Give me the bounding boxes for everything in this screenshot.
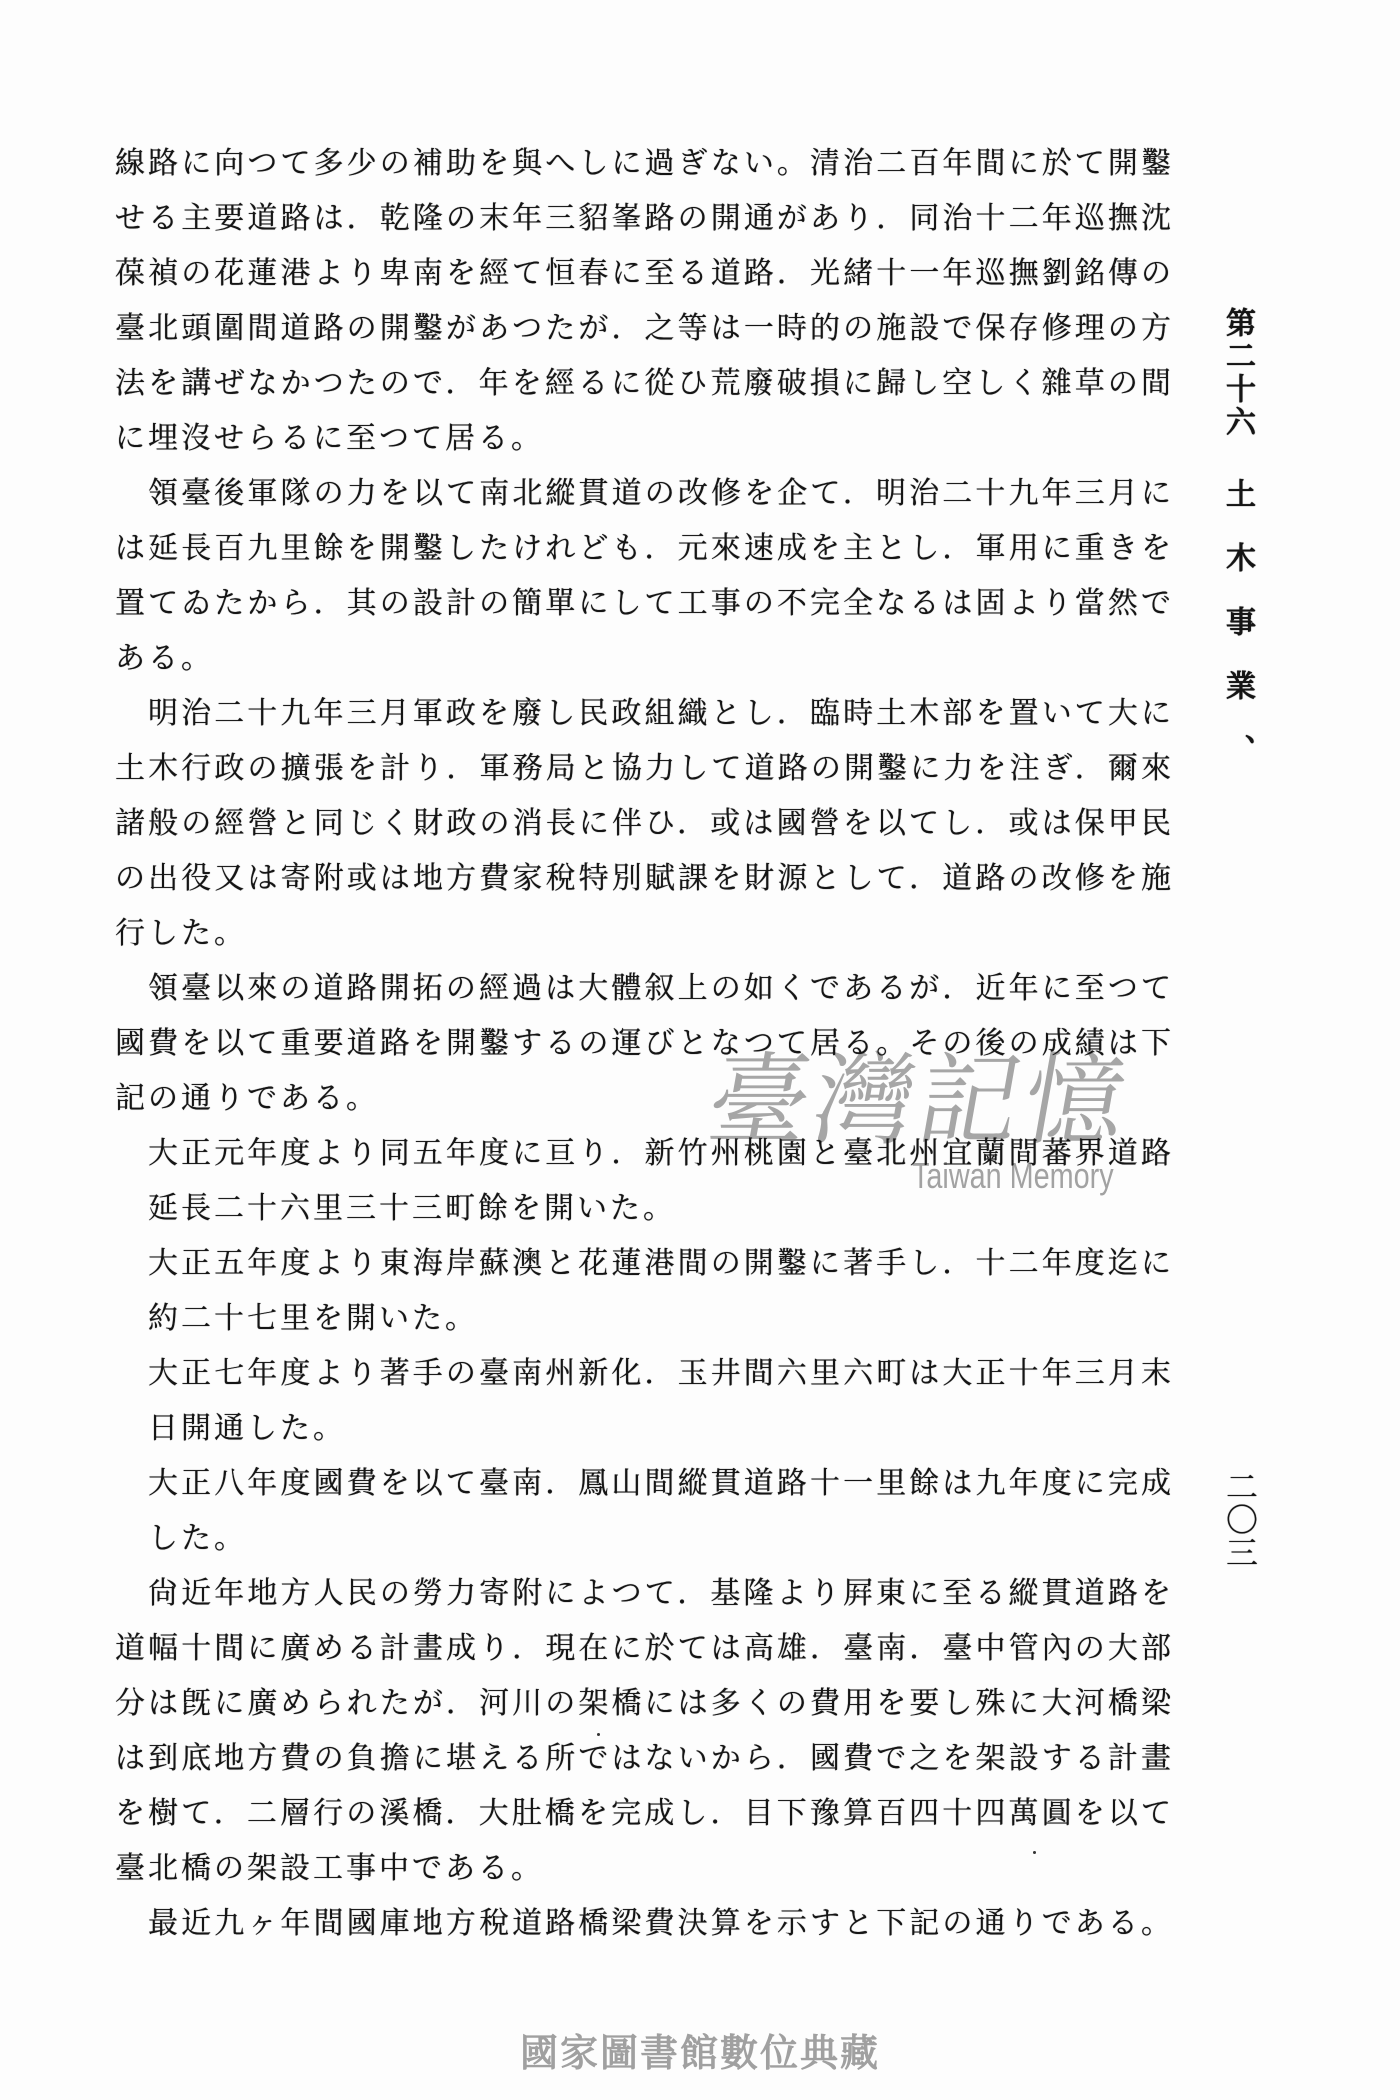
text-line: 大正七年度より著手の臺南州新化．玉井間六里六町は大正十年三月末: [115, 1346, 1171, 1401]
page-number: 二〇三: [1224, 1470, 1256, 1569]
text-line: 置てゐたから．其の設計の簡單にして工事の不完全なるは固より當然で: [115, 576, 1171, 631]
text-line: 大正八年度國費を以て臺南．鳳山間縱貫道路十一里餘は九年度に完成: [115, 1456, 1171, 1511]
text-line: は延長百九里餘を開鑿したけれども．元來速成を主とし．軍用に重きを: [115, 521, 1171, 576]
paragraph: 明治二十九年三月軍政を廢し民政組織とし．臨時土木部を置いて大に 土木行政の擴張を…: [115, 686, 1171, 961]
text-line: 延長二十六里三十三町餘を開いた。: [115, 1181, 1171, 1236]
text-line: 尙近年地方人民の勞力寄附によつて．基隆より屛東に至る縱貫道路を: [115, 1566, 1171, 1621]
list-item: 大正八年度國費を以て臺南．鳳山間縱貫道路十一里餘は九年度に完成 した。: [115, 1456, 1171, 1566]
text-line: ある。: [115, 631, 1171, 686]
text-line: の出役又は寄附或は地方費家稅特別賦課を財源として．道路の改修を施: [115, 851, 1171, 906]
text-line: 土木行政の擴張を計り．軍務局と協力して道路の開鑿に力を注ぎ．爾來: [115, 741, 1171, 796]
text-line: を樹て．二層行の溪橋．大肚橋を完成し．目下豫算百四十四萬圓を以て: [115, 1786, 1171, 1841]
paragraph: 尙近年地方人民の勞力寄附によつて．基隆より屛東に至る縱貫道路を 道幅十間に廣める…: [115, 1566, 1171, 1896]
text-line: は到底地方費の負擔に堪える所ではないから．國費で之を架設する計畫: [115, 1731, 1171, 1786]
list-item: 大正七年度より著手の臺南州新化．玉井間六里六町は大正十年三月末 日開通した。: [115, 1346, 1171, 1456]
running-head-chapter: 第二十六: [1222, 307, 1252, 439]
text-line: 日開通した。: [115, 1401, 1171, 1456]
archive-credit: 國家圖書館數位典藏: [0, 2033, 1400, 2073]
text-line: 最近九ヶ年間國庫地方稅道路橋梁費決算を示すと下記の通りである。: [115, 1896, 1171, 1951]
text-line: 線路に向つて多少の補助を與へしに過ぎない。清治二百年間に於て開鑿: [115, 136, 1171, 191]
text-line: に埋沒せらるに至つて居る。: [115, 411, 1171, 466]
text-line: 行した。: [115, 906, 1171, 961]
text-line: 分は旣に廣められたが．河川の架橋には多くの費用を要し殊に大河橋梁: [115, 1676, 1171, 1731]
list-item: 大正元年度より同五年度に亘り．新竹州桃園と臺北州宜蘭間蕃界道路 延長二十六里三十…: [115, 1126, 1171, 1236]
text-line: した。: [115, 1511, 1171, 1566]
text-line: 記の通りである。: [115, 1071, 1171, 1126]
text-line: 道幅十間に廣める計畫成り．現在に於ては高雄．臺南．臺中管內の大部: [115, 1621, 1171, 1676]
text-line: 國費を以て重要道路を開鑿するの運びとなつて居る。その後の成績は下: [115, 1016, 1171, 1071]
paragraph: 領臺以來の道路開拓の經過は大體叙上の如くであるが．近年に至つて 國費を以て重要道…: [115, 961, 1171, 1126]
text-line: 約二十七里を開いた。: [115, 1291, 1171, 1346]
text-line: 法を講ぜなかつたので．年を經るに從ひ荒廢破損に歸し空しく雜草の間: [115, 356, 1171, 411]
paragraph-continued: 線路に向つて多少の補助を與へしに過ぎない。清治二百年間に於て開鑿 せる主要道路は…: [115, 136, 1171, 466]
list-item: 大正五年度より東海岸蘇澳と花蓮港間の開鑿に著手し．十二年度迄に 約二十七里を開い…: [115, 1236, 1171, 1346]
text-line: せる主要道路は．乾隆の末年三貂峯路の開通があり．同治十二年巡撫沈: [115, 191, 1171, 246]
text-line: 諸般の經營と同じく財政の消長に伴ひ．或は國營を以てし．或は保甲民: [115, 796, 1171, 851]
text-line: 大正五年度より東海岸蘇澳と花蓮港間の開鑿に著手し．十二年度迄に: [115, 1236, 1171, 1291]
text-line: 臺北橋の架設工事中である。: [115, 1841, 1171, 1896]
text-line: 大正元年度より同五年度に亘り．新竹州桃園と臺北州宜蘭間蕃界道路: [115, 1126, 1171, 1181]
paragraph: 領臺後軍隊の力を以て南北縱貫道の改修を企て．明治二十九年三月に は延長百九里餘を…: [115, 466, 1171, 686]
text-line: 領臺後軍隊の力を以て南北縱貫道の改修を企て．明治二十九年三月に: [115, 466, 1171, 521]
text-line: 臺北頭圍間道路の開鑿があつたが．之等は一時的の施設で保存修理の方: [115, 301, 1171, 356]
text-line: 明治二十九年三月軍政を廢し民政組織とし．臨時土木部を置いて大に: [115, 686, 1171, 741]
page-body: 線路に向つて多少の補助を與へしに過ぎない。清治二百年間に於て開鑿 せる主要道路は…: [115, 136, 1171, 1951]
text-line: 葆禎の花蓮港より卑南を經て恒春に至る道路．光緒十一年巡撫劉銘傳の: [115, 246, 1171, 301]
running-head-title: 土木事業、: [1222, 478, 1252, 798]
paragraph: 最近九ヶ年間國庫地方稅道路橋梁費決算を示すと下記の通りである。: [115, 1896, 1171, 1951]
text-line: 領臺以來の道路開拓の經過は大體叙上の如くであるが．近年に至つて: [115, 961, 1171, 1016]
